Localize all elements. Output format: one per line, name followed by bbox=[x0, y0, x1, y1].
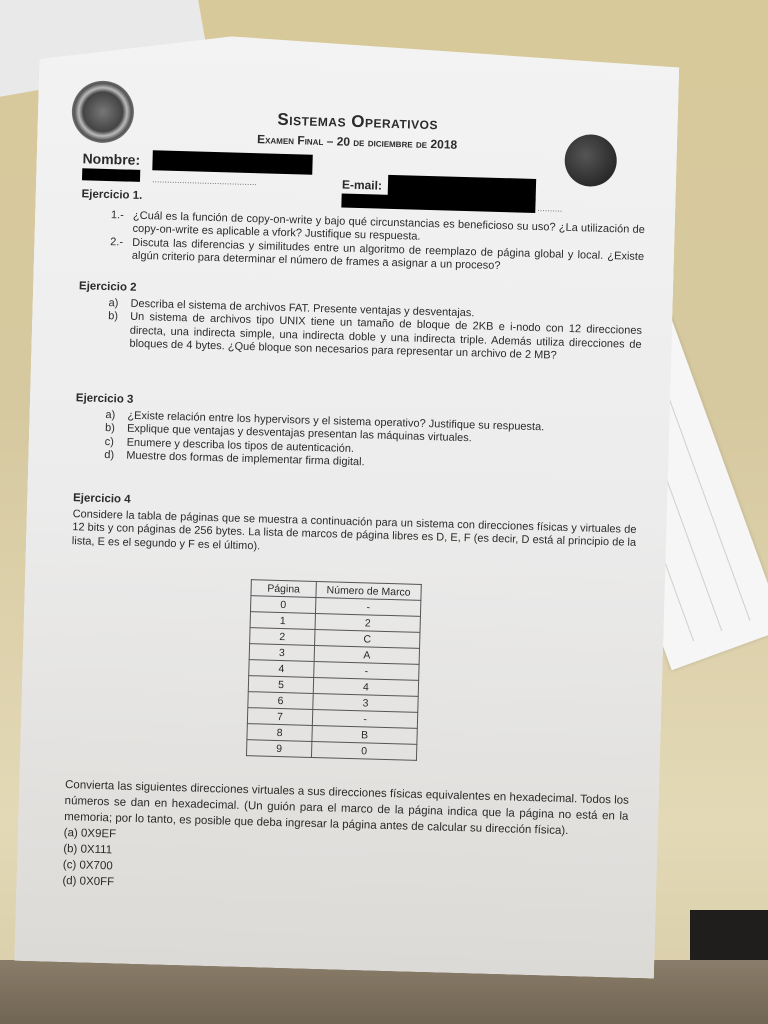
table-row: 90 bbox=[246, 740, 416, 761]
page-number-cell: 3 bbox=[249, 644, 314, 662]
ejercicio-2: Ejercicio 2 a) Describa el sistema de ar… bbox=[77, 280, 643, 365]
name-dotted-line: ........................................… bbox=[152, 174, 257, 187]
page-number-cell: 0 bbox=[250, 596, 315, 614]
email-label: E-mail: bbox=[342, 178, 382, 193]
page-number-cell: 4 bbox=[249, 660, 314, 678]
page-number-cell: 1 bbox=[250, 612, 315, 630]
page-number-cell: 9 bbox=[246, 740, 311, 758]
ejercicio-4: Ejercicio 4 Considere la tabla de página… bbox=[72, 492, 637, 564]
page-number-cell: 6 bbox=[248, 692, 313, 710]
frame-number-cell: 0 bbox=[311, 741, 416, 760]
name-redaction-2 bbox=[82, 168, 140, 182]
exam-paper: Sistemas Operativos Examen Final – 20 de… bbox=[14, 31, 680, 979]
ejercicio-4-conversion: Convierta las siguientes direcciones vir… bbox=[62, 777, 629, 905]
table-header: Página bbox=[251, 580, 316, 598]
name-redaction bbox=[152, 150, 312, 174]
ejercicio-3: Ejercicio 3 a) ¿Existe relación entre lo… bbox=[74, 392, 640, 477]
page-table: Página Número de Marco 0-122C3A4-54637-8… bbox=[246, 579, 422, 761]
page-number-cell: 8 bbox=[247, 724, 312, 742]
page-number-cell: 2 bbox=[250, 628, 315, 646]
page-number-cell: 5 bbox=[248, 676, 313, 694]
name-label: Nombre: bbox=[82, 150, 140, 168]
ejercicio-1: Ejercicio 1. 1.- ¿Cuál es la función de … bbox=[80, 188, 646, 277]
page-number-cell: 7 bbox=[247, 708, 312, 726]
